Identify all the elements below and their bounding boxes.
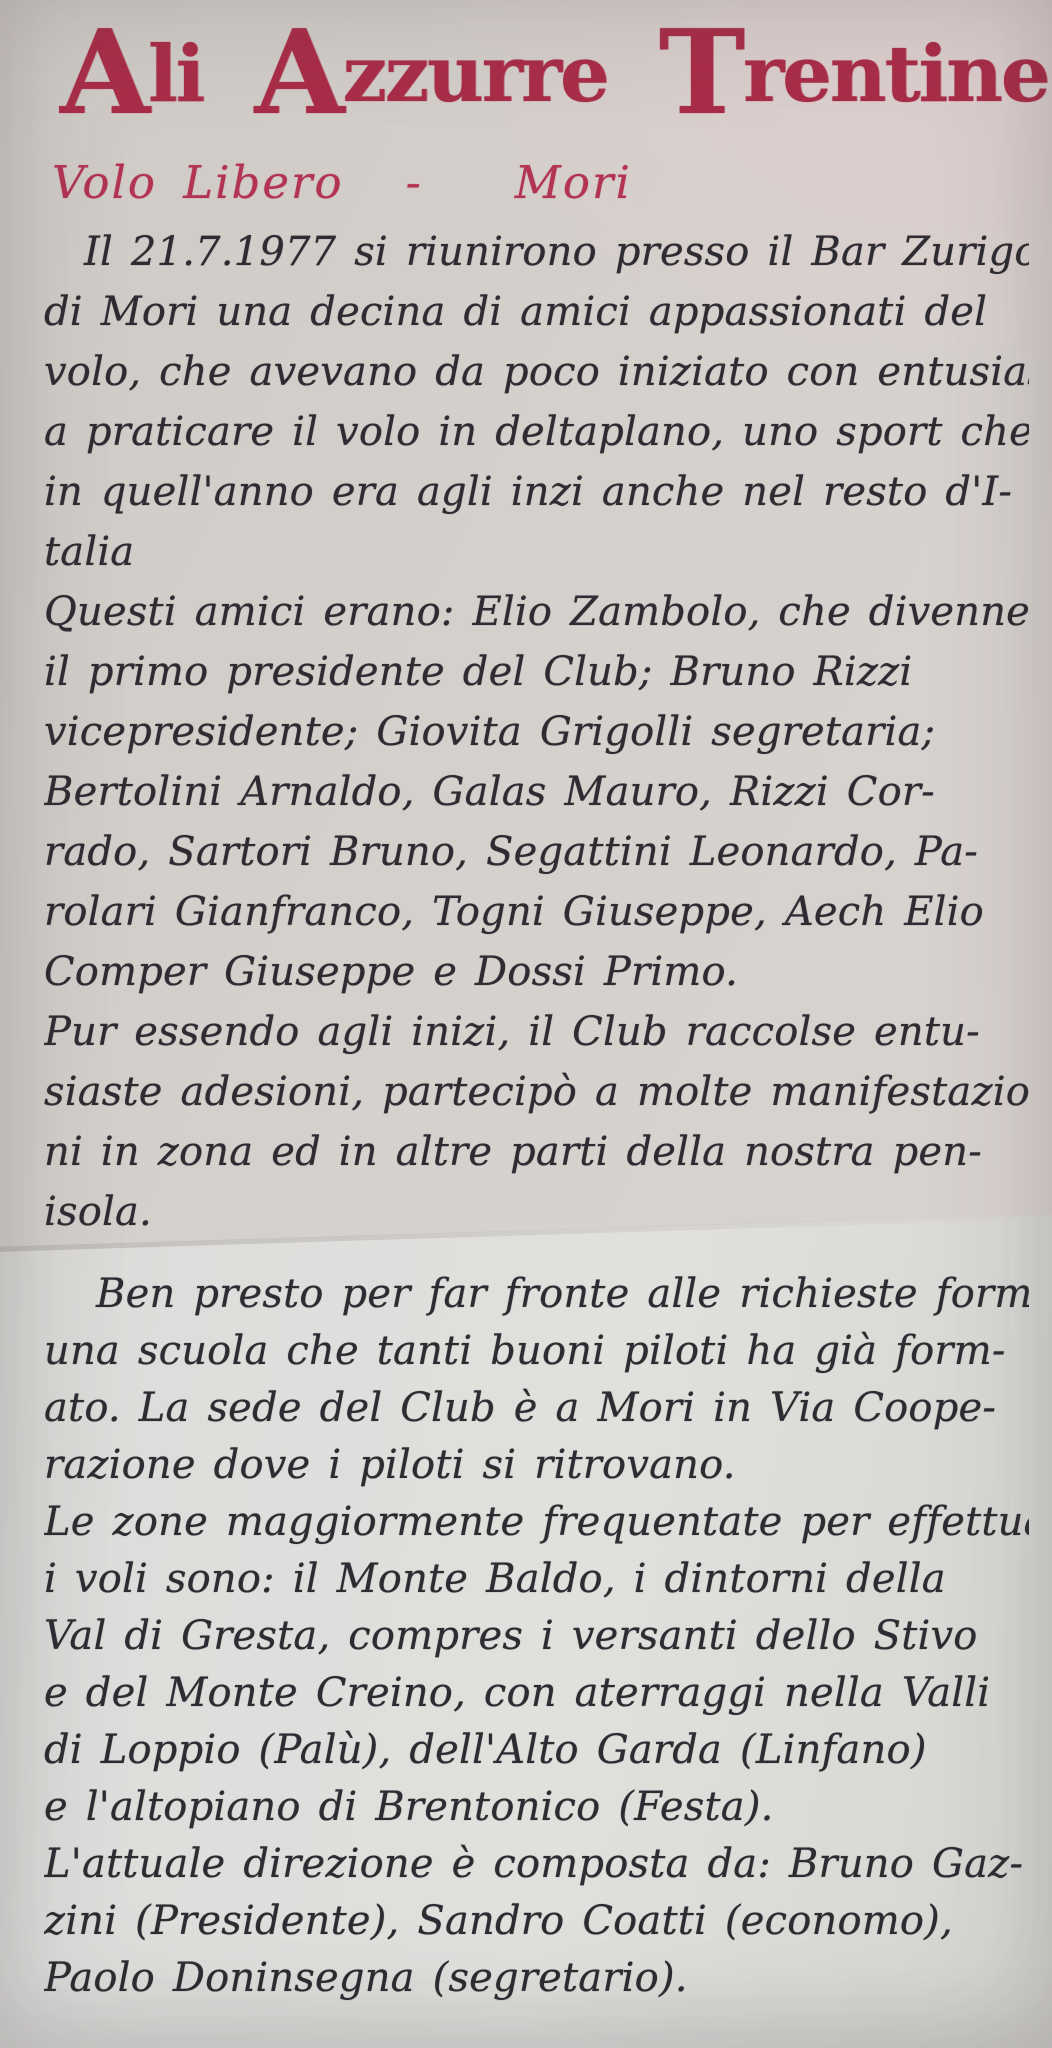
text-line: Le zone maggiormente frequentate per eff… [44, 1494, 1029, 1551]
text-line: una scuola che tanti buoni piloti ha già… [44, 1323, 1029, 1380]
page-title: Ali Azzurre Trentine [60, 18, 1040, 128]
text-line: di Mori una decina di amici appassionati… [44, 282, 1029, 342]
subtitle-place: Mori [515, 156, 632, 209]
text-line: il primo presidente del Club; Bruno Rizz… [44, 642, 1029, 702]
text-line: Val di Gresta, compres i versanti dello … [44, 1608, 1029, 1665]
subtitle-dash: - [406, 156, 423, 209]
text-line: e l'altopiano di Brentonico (Festa). [44, 1779, 1029, 1836]
ornate-initial: A [60, 5, 148, 141]
document-page: Ali Azzurre Trentine Volo Libero-Mori Il… [0, 0, 1052, 2048]
text-line: e del Monte Creino, con aterraggi nella … [44, 1665, 1029, 1722]
text-line: ni in zona ed in altre parti della nostr… [44, 1122, 1029, 1182]
text-line: L'attuale direzione è composta da: Bruno… [44, 1836, 1029, 1893]
title-word: Azzurre [254, 18, 607, 128]
text-line: siaste adesioni, partecipò a molte manif… [44, 1062, 1029, 1122]
text-line: di Loppio (Palù), dell'Alto Garda (Linfa… [44, 1722, 1029, 1779]
title-word: Ali [60, 18, 203, 128]
text-line: talia [44, 522, 1029, 582]
text-line: Bertolini Arnaldo, Galas Mauro, Rizzi Co… [44, 762, 1029, 822]
text-line: Comper Giuseppe e Dossi Primo. [44, 942, 1029, 1002]
ornate-initial: T [659, 5, 743, 141]
body-text-lower: Ben presto per far fronte alle richieste… [44, 1266, 1029, 2007]
text-line: ato. La sede del Club è a Mori in Via Co… [44, 1380, 1029, 1437]
text-line: Il 21.7.1977 si riunirono presso il Bar … [44, 222, 1029, 282]
text-line: Pur essendo agli inizi, il Club raccolse… [44, 1002, 1029, 1062]
text-line: rado, Sartori Bruno, Segattini Leonardo,… [44, 822, 1029, 882]
title-word: Trentine [659, 18, 1049, 128]
page-subtitle: Volo Libero-Mori [52, 156, 632, 209]
text-line: zini (Presidente), Sandro Coatti (econom… [44, 1893, 1029, 1950]
text-line: razione dove i piloti si ritrovano. [44, 1437, 1029, 1494]
body-text-upper: Il 21.7.1977 si riunirono presso il Bar … [44, 222, 1029, 1242]
text-line: Paolo Doninsegna (segretario). [44, 1950, 1029, 2007]
text-line: vicepresidente; Giovita Grigolli segreta… [44, 702, 1029, 762]
text-line: Questi amici erano: Elio Zambolo, che di… [44, 582, 1029, 642]
text-line: Ben presto per far fronte alle richieste… [44, 1266, 1029, 1323]
ornate-initial: A [254, 5, 342, 141]
text-line: volo, che avevano da poco iniziato con e… [44, 342, 1029, 402]
text-line: a praticare il volo in deltaplano, uno s… [44, 402, 1029, 462]
text-line: in quell'anno era agli inzi anche nel re… [44, 462, 1029, 522]
text-line: isola. [44, 1182, 1029, 1242]
text-line: rolari Gianfranco, Togni Giuseppe, Aech … [44, 882, 1029, 942]
text-line: i voli sono: il Monte Baldo, i dintorni … [44, 1551, 1029, 1608]
subtitle-activity: Volo Libero [52, 156, 344, 209]
